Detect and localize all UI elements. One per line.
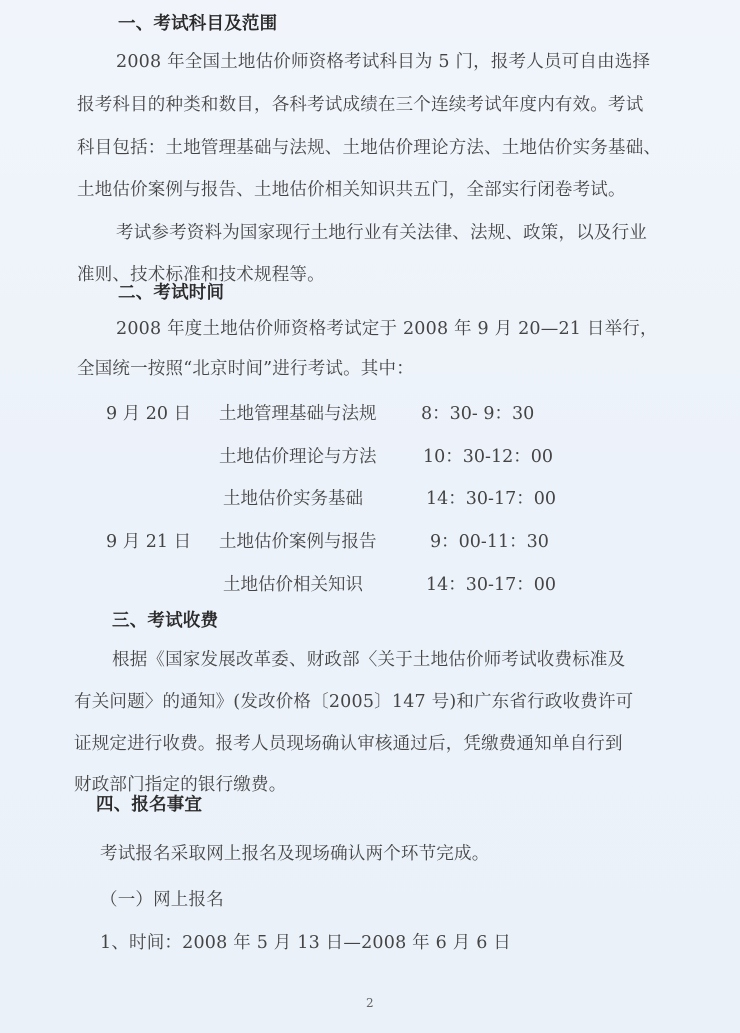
subsection-heading: （一）网上报名 — [100, 888, 224, 912]
paragraph-line: 考试参考资料为国家现行土地行业有关法律、法规、政策，以及行业 — [116, 221, 647, 245]
section-2-heading: 二、考试时间 — [118, 281, 224, 305]
paragraph-line: 2008 年全国土地估价师资格考试科目为 5 门，报考人员可自由选择 — [116, 50, 650, 74]
schedule-subject: 土地估价理论与方法 — [219, 445, 377, 469]
paragraph-line: 全国统一按照“北京时间”进行考试。其中： — [77, 357, 414, 381]
paragraph-line: 考试报名采取网上报名及现场确认两个环节完成。 — [100, 842, 489, 866]
paragraph-line: 科目包括：土地管理基础与法规、土地估价理论方法、土地估价实务基础、 — [77, 136, 661, 160]
paragraph-line: 2008 年度土地估价师资格考试定于 2008 年 9 月 20—21 日举行， — [116, 317, 658, 341]
page-number: 2 — [366, 996, 374, 1010]
paragraph-line: 根据《国家发展改革委、财政部〈关于土地估价师考试收费标准及 — [112, 648, 625, 672]
paragraph-line: 土地估价案例与报告、土地估价相关知识共五门，全部实行闭卷考试。 — [77, 178, 626, 202]
document-page: 一、考试科目及范围 2008 年全国土地估价师资格考试科目为 5 门，报考人员可… — [0, 0, 740, 1033]
paragraph-line: 有关问题〉的通知》(发改价格〔2005〕147 号)和广东省行政收费许可 — [74, 690, 633, 714]
schedule-subject: 土地估价相关知识 — [223, 573, 363, 597]
paragraph-line: 证规定进行收费。报考人员现场确认审核通过后，凭缴费通知单自行到 — [74, 732, 623, 756]
paragraph-line: 报考科目的种类和数目，各科考试成绩在三个连续考试年度内有效。考试 — [77, 93, 643, 117]
section-4-heading: 四、报名事宜 — [96, 793, 202, 817]
schedule-subject: 土地管理基础与法规 — [219, 402, 377, 426]
section-1-heading: 一、考试科目及范围 — [118, 12, 277, 36]
schedule-time: 10：30-12：00 — [423, 445, 553, 469]
list-item: 1、时间：2008 年 5 月 13 日—2008 年 6 月 6 日 — [100, 931, 511, 955]
schedule-subject: 土地估价案例与报告 — [219, 530, 377, 554]
schedule-time: 14：30-17：00 — [426, 487, 556, 511]
schedule-date: 9 月 20 日 — [106, 402, 191, 426]
section-3-heading: 三、考试收费 — [112, 609, 218, 633]
schedule-time: 8：30- 9：30 — [421, 402, 534, 426]
schedule-time: 14：30-17：00 — [426, 573, 556, 597]
schedule-subject: 土地估价实务基础 — [223, 487, 363, 511]
schedule-date: 9 月 21 日 — [106, 530, 191, 554]
schedule-time: 9：00-11：30 — [430, 530, 549, 554]
